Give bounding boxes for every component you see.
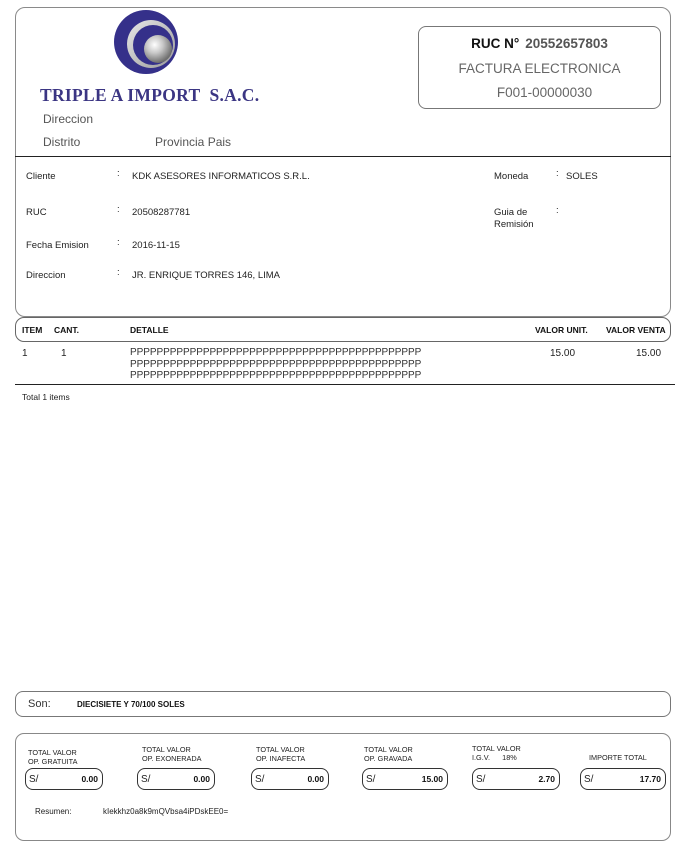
- ruc-label: RUC N°: [471, 36, 519, 51]
- customer-ruc-value: 20508287781: [132, 207, 190, 218]
- total-items-count: Total 1 items: [22, 392, 70, 402]
- customer-address-value: JR. ENRIQUE TORRES 146, LIMA: [132, 270, 280, 281]
- grand-total-field: S/ 17.70: [580, 768, 666, 790]
- customer-ruc-label: RUC: [26, 207, 47, 218]
- currency-symbol: S/: [29, 774, 38, 785]
- client-separator: :: [117, 170, 120, 177]
- total-unaffected-label: TOTAL VALOR OP. INAFECTA: [256, 745, 305, 763]
- customer-address-separator: :: [117, 269, 120, 276]
- client-label: Cliente: [26, 171, 56, 182]
- company-logo-icon: [113, 8, 181, 76]
- row-unit-value: 15.00: [550, 348, 575, 359]
- total-igv-label: TOTAL VALOR I.G.V. 18%: [472, 744, 521, 762]
- amount-in-words-label: Son:: [28, 698, 51, 710]
- col-header-unit-value: VALOR UNIT.: [535, 325, 588, 335]
- currency-symbol: S/: [255, 774, 264, 785]
- header-divider: [15, 156, 671, 157]
- ruc-number: 20552657803: [525, 36, 608, 51]
- currency-symbol: S/: [584, 774, 593, 785]
- amount-in-words-box: Son: DIECISIETE Y 70/100 SOLES: [15, 691, 671, 717]
- company-province-country: Provincia Pais: [155, 135, 231, 149]
- total-free-value: 0.00: [81, 774, 98, 784]
- col-header-sale-value: VALOR VENTA: [606, 325, 666, 335]
- client-value: KDK ASESORES INFORMATICOS S.R.L.: [132, 171, 310, 182]
- issue-date-value: 2016-11-15: [132, 240, 180, 251]
- total-taxed-value: 15.00: [422, 774, 443, 784]
- company-address: Direccion: [43, 112, 93, 126]
- guide-separator: :: [556, 207, 559, 214]
- total-taxed-field: S/ 15.00: [362, 768, 448, 790]
- total-igv-value: 2.70: [538, 774, 555, 784]
- document-type: FACTURA ELECTRONICA: [419, 61, 660, 76]
- currency-symbol: S/: [366, 774, 375, 785]
- currency-symbol: S/: [476, 774, 485, 785]
- col-header-item: ITEM: [22, 325, 42, 335]
- currency-label: Moneda: [494, 171, 528, 182]
- issuer-ruc: RUC N°20552657803: [419, 36, 660, 51]
- currency-value: SOLES: [566, 171, 598, 182]
- total-igv-field: S/ 2.70: [472, 768, 560, 790]
- amount-in-words-value: DIECISIETE Y 70/100 SOLES: [77, 700, 185, 709]
- summary-hash-label: Resumen:: [35, 807, 71, 816]
- grand-total-value: 17.70: [640, 774, 661, 784]
- total-taxed-label: TOTAL VALOR OP. GRAVADA: [364, 745, 413, 763]
- total-exempt-label: TOTAL VALOR OP. EXONERADA: [142, 745, 201, 763]
- grand-total-label: IMPORTE TOTAL: [589, 753, 647, 762]
- currency-symbol: S/: [141, 774, 150, 785]
- total-exempt-field: S/ 0.00: [137, 768, 215, 790]
- items-bottom-rule: [15, 384, 675, 385]
- currency-separator: :: [556, 170, 559, 177]
- col-header-qty: CANT.: [54, 325, 79, 335]
- customer-ruc-separator: :: [117, 206, 120, 213]
- total-free-label: TOTAL VALOR OP. GRATUITA: [28, 748, 77, 766]
- total-unaffected-field: S/ 0.00: [251, 768, 329, 790]
- row-sale-value: 15.00: [636, 348, 661, 359]
- total-unaffected-value: 0.00: [307, 774, 324, 784]
- row-detail: PPPPPPPPPPPPPPPPPPPPPPPPPPPPPPPPPPPPPPPP…: [130, 347, 421, 382]
- total-free-field: S/ 0.00: [25, 768, 103, 790]
- issue-date-label: Fecha Emision: [26, 240, 89, 251]
- guide-label-line1: Guia de: [494, 207, 527, 218]
- customer-address-label: Direccion: [26, 270, 66, 281]
- company-name: TRIPLE A IMPORT S.A.C.: [40, 85, 259, 106]
- guide-label-line2: Remisión: [494, 219, 534, 230]
- row-qty: 1: [61, 348, 67, 359]
- document-number: F001-00000030: [419, 85, 660, 100]
- summary-hash-value: kIekkhz0a8k9mQVbsa4iPDskEE0=: [103, 807, 228, 816]
- company-district: Distrito: [43, 135, 80, 149]
- col-header-detail: DETALLE: [130, 325, 169, 335]
- document-id-box: RUC N°20552657803 FACTURA ELECTRONICA F0…: [418, 26, 661, 109]
- issue-date-separator: :: [117, 239, 120, 246]
- row-item: 1: [22, 348, 28, 359]
- total-exempt-value: 0.00: [193, 774, 210, 784]
- items-table-header: ITEM CANT. DETALLE VALOR UNIT. VALOR VEN…: [15, 317, 671, 342]
- totals-box: [15, 733, 671, 841]
